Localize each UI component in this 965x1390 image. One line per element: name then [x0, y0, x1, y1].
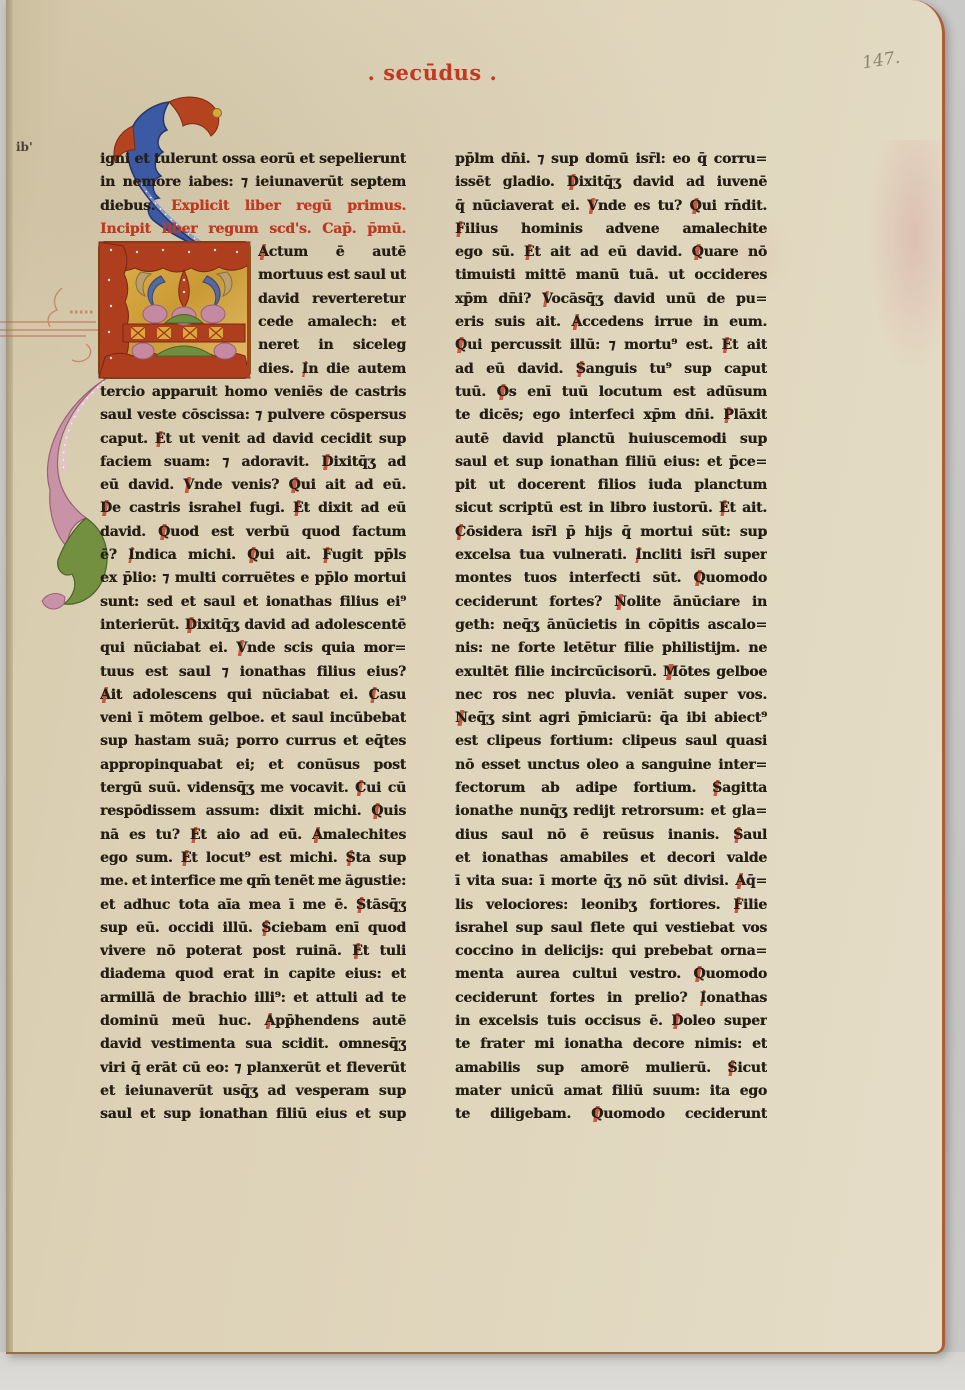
text-line: interierūt. Dixitq̄ʒ david ad adolescent…: [100, 614, 406, 637]
text-line: saul veste cōscissa: ⁊ pulvere cōspersus: [100, 404, 406, 427]
text-line: mortuus est saul ut: [258, 264, 406, 287]
text-line: ī vita sua: ī morte q̄ʒ nō sūt divisi. A…: [455, 870, 767, 893]
text-line: De castris israhel fugi. Et dixit ad eū: [100, 497, 406, 520]
text-line: nā es tu? Et aio ad eū. Amalechites: [100, 824, 406, 847]
text-line: geth: neq̄ʒ ānūcietis in cōpitis ascalo=: [455, 614, 767, 637]
text-line: veni ī mōtem gelboe. et saul incūbebat: [100, 707, 406, 730]
text-line: Incipit liber regum scd's. Cap̄. p̄mū.: [100, 218, 406, 241]
text-line: cede amalech: et ma=: [258, 311, 406, 334]
text-line: sup hastam suā; porro currus et eq̄tes: [100, 730, 406, 753]
quire-mark: ib': [16, 140, 33, 154]
gutter-edge: [6, 0, 13, 1352]
text-line: q̄ nūciaverat ei. Vnde es tu? Qui rn̄dit…: [455, 195, 767, 218]
text-line: saul et sup ionathan filiū eius et sup: [100, 1103, 406, 1126]
text-line: menta aurea cultui vestro. Quomodo: [455, 963, 767, 986]
text-line: david vestimenta sua scidit. omnesq̄ʒ: [100, 1033, 406, 1056]
show-through-stain: [868, 140, 944, 375]
text-line: sup eū. occidi illū. Sciebam enī quod: [100, 917, 406, 940]
text-line: ceciderunt fortes? Nolite ānūciare in: [455, 591, 767, 614]
text-line: pp̄lm dn̄i. ⁊ sup domū isr̄l: eo q̄ corr…: [455, 148, 767, 171]
text-line: nec ros nec pluvia. veniāt super vos.: [455, 684, 767, 707]
text-line: Actum ē autē postq̄ʒ: [258, 241, 406, 264]
text-line: amabilis sup amorē mulierū. Sicut: [455, 1057, 767, 1080]
text-line: ceciderunt fortes in prelio? Ionathas: [455, 987, 767, 1010]
text-line: ionathe nunq̄ʒ redijt retrorsum: et gla=: [455, 800, 767, 823]
text-line: vivere nō poterat post ruinā. Et tuli: [100, 940, 406, 963]
text-line: igni et tulerunt ossa eorū et sepelierun…: [100, 148, 406, 171]
text-line: montes tuos interfecti sūt. Quomodo: [455, 567, 767, 590]
text-line: dius saul nō ē reūsus inanis. Saul: [455, 824, 767, 847]
text-line: armillā de brachio illi⁹: et attuli ad t…: [100, 987, 406, 1010]
text-line: nis: ne forte letētur filie philistijm. …: [455, 637, 767, 660]
text-line: dominū meū huc. App̄hendens autē: [100, 1010, 406, 1033]
text-line: eris suis ait. Accedens irrue in eum.: [455, 311, 767, 334]
text-line: et ionathas amabiles et decori valde: [455, 847, 767, 870]
text-line: viri q̄ erāt cū eo: ⁊ planxerūt et fleve…: [100, 1057, 406, 1080]
text-line: ē? Indica michi. Qui ait. Fugit pp̄ls: [100, 544, 406, 567]
text-line: te diligebam. Quomodo ceciderunt: [455, 1103, 767, 1126]
text-line: sunt: sed et saul et ionathas filius ei⁹: [100, 591, 406, 614]
text-line: caput. Et ut venit ad david cecidit sup: [100, 428, 406, 451]
text-line: mater unicū amat filiū suum: ita ego: [455, 1080, 767, 1103]
text-line: in nemore iabes: ⁊ ieiunaverūt septem: [100, 171, 406, 194]
text-line: sicut scriptū est in libro iustorū. Et a…: [455, 497, 767, 520]
text-line: respōdissem assum: dixit michi. Quis: [100, 800, 406, 823]
text-line: ad eū david. Sanguis tu⁹ sup caput: [455, 358, 767, 381]
text-line: excelsa tua vulnerati. Incliti isr̄l sup…: [455, 544, 767, 567]
text-line: diebus. Explicit liber regū primus.: [100, 195, 406, 218]
right-text-column: pp̄lm dn̄i. ⁊ sup domū isr̄l: eo q̄ corr…: [455, 148, 767, 1126]
text-line: Qui percussit illū: ⁊ mortu⁹ est. Et ait: [455, 334, 767, 357]
text-line: tuus est saul ⁊ ionathas filius eius?: [100, 661, 406, 684]
text-line: Cōsidera isr̄l p̄ hijs q̄ mortui sūt: su…: [455, 521, 767, 544]
text-line: exultēt filie incircūcisorū. Mōtes gelbo…: [455, 661, 767, 684]
text-line: me. et interfice me qm̄ tenēt me āgustie…: [100, 870, 406, 893]
text-line: tergū suū. vidensq̄ʒ me vocavit. Cui cū: [100, 777, 406, 800]
text-line: david. Quod est verbū quod factum: [100, 521, 406, 544]
text-line: tercio apparuit homo veniēs de castris: [100, 381, 406, 404]
text-line: tuū. Os enī tuū locutum est adūsum: [455, 381, 767, 404]
text-line: david reverteretur a: [258, 288, 406, 311]
text-line: eū david. Vnde venis? Qui ait ad eū.: [100, 474, 406, 497]
text-line: diadema quod erat in capite eius: et: [100, 963, 406, 986]
text-line: pit ut docerent filios iuda planctum: [455, 474, 767, 497]
text-line: Filius hominis advene amalechite: [455, 218, 767, 241]
left-text-column: igni et tulerunt ossa eorū et sepelierun…: [100, 148, 406, 1126]
text-line: qui nūciabat ei. Vnde scis quia mor=: [100, 637, 406, 660]
running-title: . secūdus .: [100, 60, 765, 85]
text-line: te dicēs; ego interfeci xp̄m dn̄i. Plāxi…: [455, 404, 767, 427]
text-line: appropinquabat ei; et conūsus post: [100, 754, 406, 777]
text-line: autē david planctū huiuscemodi sup: [455, 428, 767, 451]
text-line: neret in siceleg duos: [258, 334, 406, 357]
text-line: lis velociores: leonibʒ fortiores. Filie: [455, 894, 767, 917]
text-line: ex p̄lio: ⁊ multi corruētes e pp̄lo mort…: [100, 567, 406, 590]
text-line: est clipeus fortium: clipeus saul quasi: [455, 730, 767, 753]
tissue-paper-strip: [0, 1352, 965, 1390]
text-line: saul et sup ionathan filiū eius: et p̄ce…: [455, 451, 767, 474]
text-line: Neq̄ʒ sint agri p̄miciarū: q̄a ibi abiec…: [455, 707, 767, 730]
text-line: dies. In die autem: [258, 358, 406, 381]
text-line: ego sū. Et ait ad eū david. Quare nō: [455, 241, 767, 264]
text-line: timuisti mittē manū tuā. ut occideres: [455, 264, 767, 287]
text-line: nō esset unctus oleo a sanguine inter=: [455, 754, 767, 777]
text-line: Ait adolescens qui nūciabat ei. Casu: [100, 684, 406, 707]
text-line: israhel sup saul flete qui vestiebat vos: [455, 917, 767, 940]
text-line: issēt gladio. Dixitq̄ʒ david ad iuvenē: [455, 171, 767, 194]
text-line: faciem suam: ⁊ adoravit. Dixitq̄ʒ ad: [100, 451, 406, 474]
text-line: ego sum. Et locut⁹ est michi. Sta sup: [100, 847, 406, 870]
text-line: in excelsis tuis occisus ē. Doleo super: [455, 1010, 767, 1033]
text-line: et adhuc tota aīa mea ī me ē. Stāsq̄ʒ: [100, 894, 406, 917]
text-line: fectorum ab adipe fortium. Sagitta: [455, 777, 767, 800]
text-line: te frater mi ionatha decore nimis: et: [455, 1033, 767, 1056]
text-line: coccino in delicijs: qui prebebat orna=: [455, 940, 767, 963]
text-line: et ieiunaverūt usq̄ʒ ad vesperam sup: [100, 1080, 406, 1103]
text-line: xp̄m dn̄i? Vocāsq̄ʒ david unū de pu=: [455, 288, 767, 311]
